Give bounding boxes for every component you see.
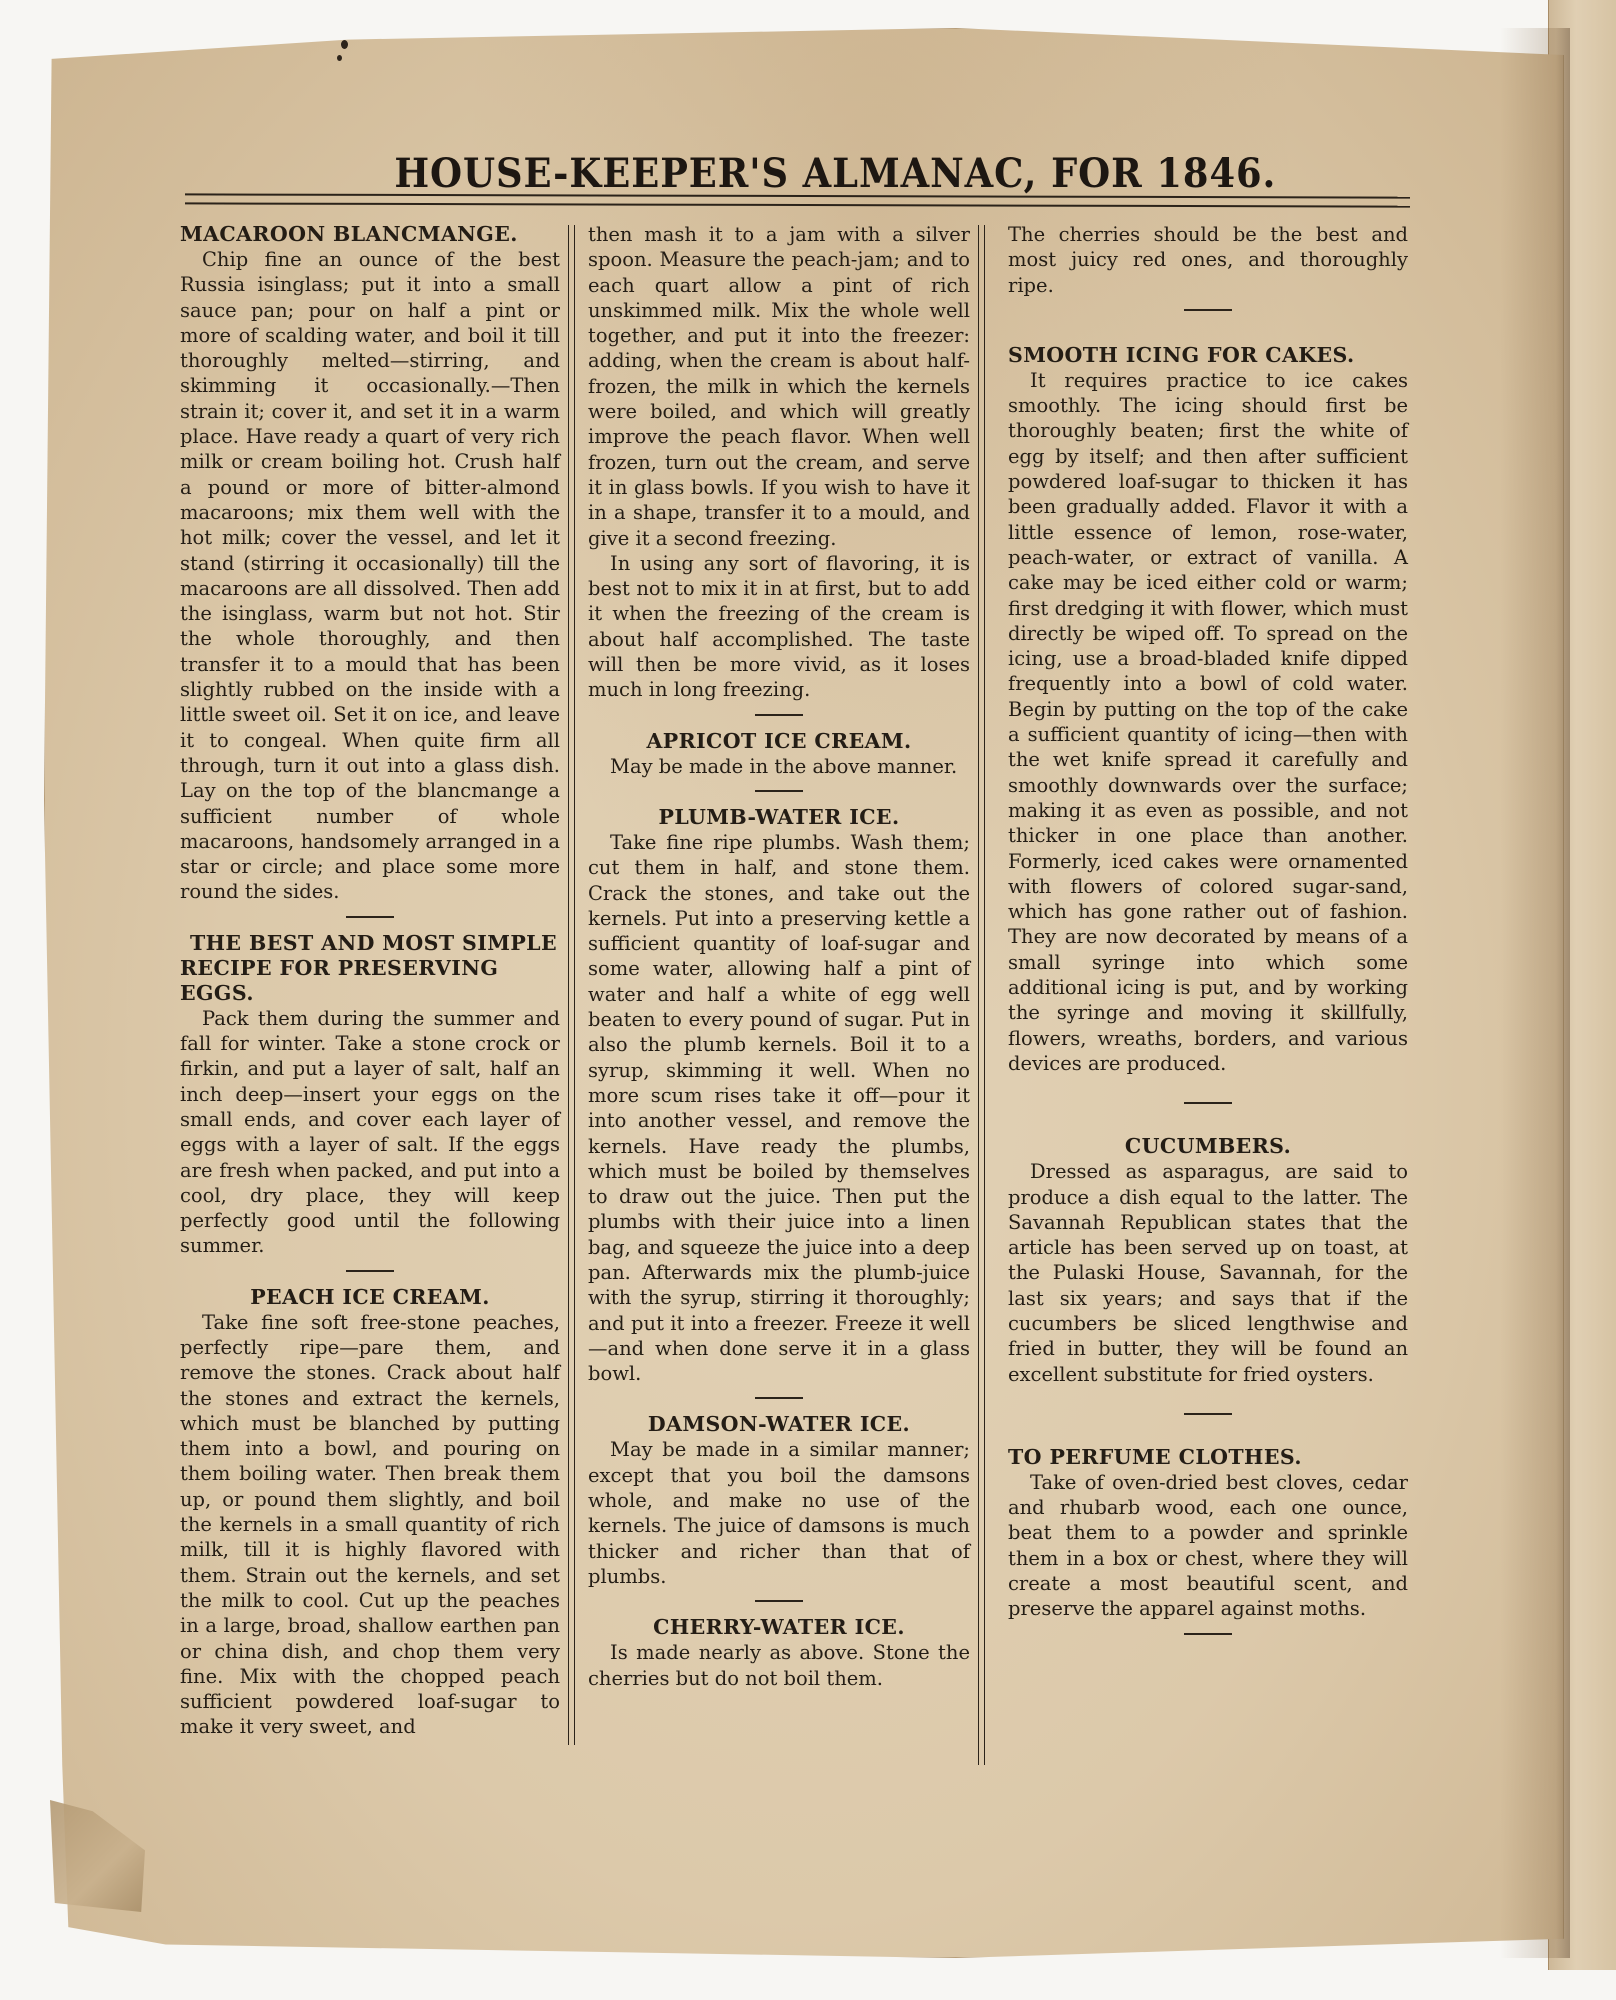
section-heading: Apricot Ice Cream.	[588, 729, 970, 754]
paragraph: Take fine soft free-stone peaches, perfe…	[180, 1310, 560, 1740]
ink-speck	[337, 55, 342, 61]
column-divider	[568, 225, 575, 1745]
column-3: The cherries should be the best and most…	[1008, 222, 1408, 1648]
section-heading: Cucumbers.	[1008, 1134, 1408, 1159]
section-separator	[755, 790, 803, 792]
paragraph: It requires practice to ice cakes smooth…	[1008, 368, 1408, 1076]
paragraph: In using any sort of flavoring, it is be…	[588, 551, 970, 703]
paragraph: Dressed as asparagus, are said to produc…	[1008, 1159, 1408, 1387]
section-separator	[1184, 1413, 1232, 1415]
section-separator	[1184, 1102, 1232, 1104]
paragraph: Chip fine an ounce of the best Russia is…	[180, 247, 560, 905]
paragraph: May be made in a similar manner; except …	[588, 1437, 970, 1589]
section-heading: The Best and Most Simple Recipe for Pres…	[180, 931, 560, 1006]
section-separator	[755, 714, 803, 716]
column-2: then mash it to a jam with a silver spoo…	[588, 222, 970, 1691]
section-heading: Cherry-Water Ice.	[588, 1615, 970, 1640]
gutter-shadow	[1500, 28, 1570, 1958]
paragraph: Is made nearly as above. Stone the cherr…	[588, 1640, 970, 1691]
paragraph: Take of oven-dried best cloves, cedar an…	[1008, 1470, 1408, 1622]
paragraph: then mash it to a jam with a silver spoo…	[588, 222, 970, 551]
column-divider	[978, 225, 985, 1765]
section-heading: Damson-Water Ice.	[588, 1412, 970, 1437]
section-heading: Peach Ice Cream.	[180, 1285, 560, 1310]
section-heading: Macaroon Blancmange.	[180, 222, 560, 247]
section-separator	[346, 1270, 394, 1272]
column-1: Macaroon Blancmange. Chip fine an ounce …	[180, 222, 560, 1740]
section-separator	[346, 916, 394, 918]
section-heading: To Perfume Clothes.	[1008, 1445, 1408, 1470]
section-heading: Smooth Icing for Cakes.	[1008, 343, 1408, 368]
section-heading: Plumb-Water Ice.	[588, 805, 970, 830]
paragraph: The cherries should be the best and most…	[1008, 222, 1408, 298]
section-separator	[755, 1600, 803, 1602]
section-separator	[755, 1397, 803, 1399]
page-header: HOUSE-KEEPER'S ALMANAC, FOR 1846.	[180, 150, 1410, 197]
ink-speck	[341, 40, 348, 49]
section-separator	[1184, 1633, 1232, 1635]
paragraph: Take fine ripe plumbs. Wash them; cut th…	[588, 830, 970, 1387]
paragraph: Pack them during the summer and fall for…	[180, 1006, 560, 1259]
paragraph: May be made in the above manner.	[588, 754, 970, 779]
page-title: HOUSE-KEEPER'S ALMANAC, FOR 1846.	[394, 150, 1276, 197]
section-separator	[1184, 309, 1232, 311]
